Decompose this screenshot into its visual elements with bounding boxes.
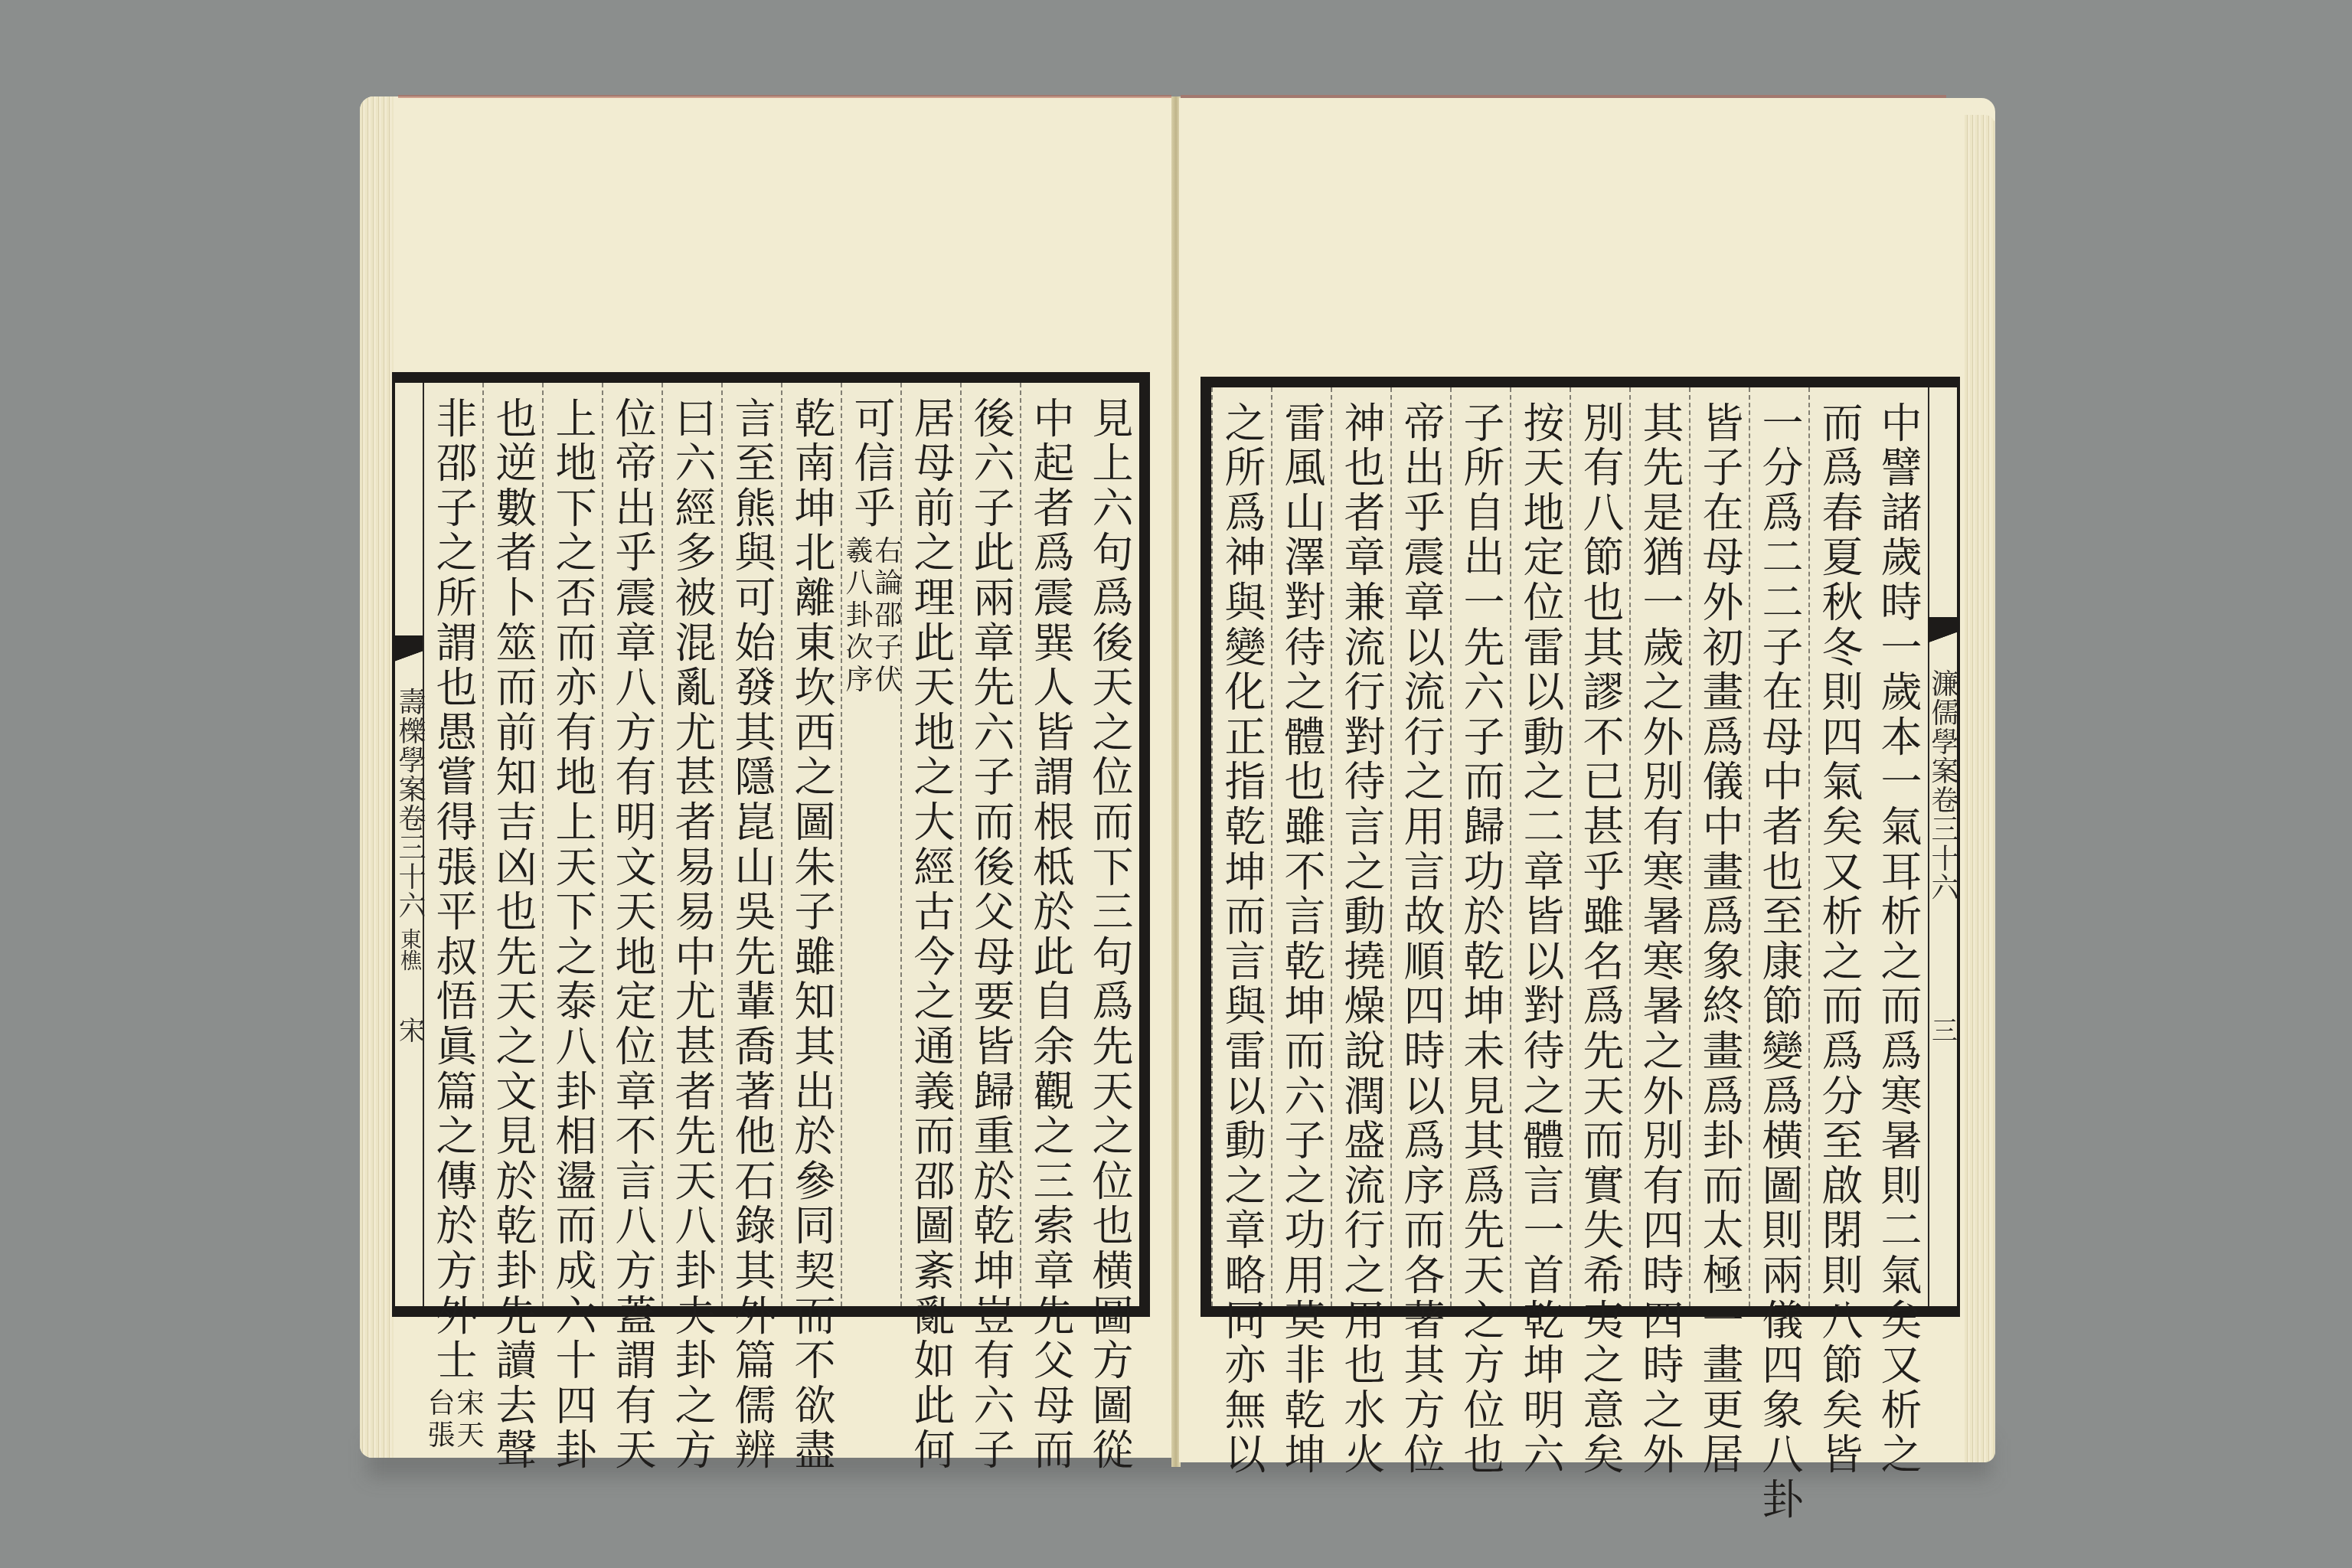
left-columns: 見上六句爲後天之位而下三句爲先天之位也横圖方圖從 中起者爲震巽人皆謂根柢於此自余… <box>424 383 1139 1306</box>
column-text: 言至熊與可始發其隱崑山吳先輩喬著他石錄其外篇儒辨 <box>722 397 782 1306</box>
note-line: 右論邵子伏 <box>871 536 900 697</box>
left-banxin: 壽櫟學案卷三十六 東樵 宋 <box>395 383 424 1306</box>
column-text: 可信乎 <box>841 397 901 531</box>
text-column: 而爲春夏秋冬則四氣矣又析之而爲分至啟閉則八節矣皆 <box>1808 387 1868 1306</box>
right-banxin-title: 濂儒學案卷三十六 <box>1928 669 1957 902</box>
column-text: 見上六句爲後天之位而下三句爲先天之位也横圖方圖從 <box>1080 397 1139 1306</box>
right-page-edge-stack <box>1965 115 1995 1462</box>
right-columns: 中譬諸歲時一歲本一氣耳析之而爲寒暑則二氣矣又析之 而爲春夏秋冬則四氣矣又析之而爲… <box>1211 387 1928 1306</box>
text-column: 別有八節也其謬不已甚乎雖名爲先天而實失希夷之意矣 <box>1570 387 1629 1306</box>
column-text: 按天地定位雷以動之二章皆以對待之體言一首乾坤明六 <box>1511 401 1570 1306</box>
column-text: 一分爲二二子在母中者也至康節變爲横圖則兩儀四象八卦 <box>1749 401 1809 1306</box>
text-column: 乾南坤北離東坎西之圖朱子雖知其出於參同契而不欲盡 <box>781 383 841 1306</box>
text-column: 之所爲神與變化正指乾坤而言與雷以動之章略同亦無以 <box>1211 387 1271 1306</box>
column-text: 雷風山澤對待之體也雖不言乾坤而六子之功用莫非乾坤 <box>1272 401 1331 1306</box>
column-text: 皆子在母外初畫爲儀中畫爲象終畫爲卦而太極一畫更居 <box>1690 401 1749 1306</box>
text-column: 一分爲二二子在母中者也至康節變爲横圖則兩儀四象八卦 <box>1749 387 1808 1306</box>
column-text: 其先是猶一歲之外別有寒暑寒暑之外別有四時四時之外 <box>1630 401 1690 1306</box>
text-column: 皆子在母外初畫爲儀中畫爲象終畫爲卦而太極一畫更居 <box>1689 387 1749 1306</box>
text-column: 非邵子之所謂也愚嘗得張平叔悟眞篇之傳於方外士 宋天 台張 <box>423 383 482 1306</box>
right-banxin-mark: 三 <box>1924 1017 1962 1043</box>
text-column: 上地下之否而亦有地上天下之泰八卦相盪而成六十四卦 <box>542 383 602 1306</box>
interlinear-note: 宋天 台張 <box>424 1388 482 1452</box>
column-text: 位帝出乎震章八方有明文天地定位章不言八方蓋謂有天 <box>603 397 662 1306</box>
text-column: 曰六經多被混亂尤甚者易易中尤甚者先天八卦夫卦之方 <box>661 383 721 1306</box>
text-column: 見上六句爲後天之位而下三句爲先天之位也横圖方圖從 <box>1080 383 1139 1306</box>
text-column: 子所自出一先六子而歸功於乾坤未見其爲先天之方位也 <box>1450 387 1510 1306</box>
text-column: 中起者爲震巽人皆謂根柢於此自余觀之三索章先父母而 <box>1020 383 1080 1306</box>
text-column: 其先是猶一歲之外別有寒暑寒暑之外別有四時四時之外 <box>1629 387 1689 1306</box>
left-text-frame: 壽櫟學案卷三十六 東樵 宋 見上六句爲後天之位而下三句爲先天之位也横圖方圖從 中… <box>392 372 1150 1317</box>
text-column: 雷風山澤對待之體也雖不言乾坤而六子之功用莫非乾坤 <box>1271 387 1331 1306</box>
note-line: 宋天 <box>453 1388 482 1452</box>
column-text: 中譬諸歲時一歲本一氣耳析之而爲寒暑則二氣矣又析之 <box>1868 401 1928 1306</box>
interlinear-note: 右論邵子伏 羲八卦次序 <box>842 536 900 697</box>
text-column: 也逆數者卜筮而前知吉凶也先天之文見於乾卦先讀去聲 <box>482 383 542 1306</box>
column-text: 也逆數者卜筮而前知吉凶也先天之文見於乾卦先讀去聲 <box>483 397 543 1306</box>
fish-tail-icon <box>395 635 424 681</box>
text-column: 神也者章兼流行對待言之動撓燥說潤盛流行之用也水火 <box>1331 387 1390 1306</box>
column-text: 非邵子之所謂也愚嘗得張平叔悟眞篇之傳於方外士 <box>423 397 483 1383</box>
right-banxin: 濂儒學案卷三十六 三 <box>1928 387 1957 1306</box>
fish-tail-icon <box>1928 617 1957 663</box>
text-column: 帝出乎震章以流行之用言故順四時以爲序而各著其方位 <box>1390 387 1450 1306</box>
text-column: 按天地定位雷以動之二章皆以對待之體言一首乾坤明六 <box>1510 387 1570 1306</box>
right-text-frame: 中譬諸歲時一歲本一氣耳析之而爲寒暑則二氣矣又析之 而爲春夏秋冬則四氣矣又析之而爲… <box>1200 377 1960 1317</box>
left-page-edge-stack <box>360 96 394 1458</box>
top-edge-tint <box>398 95 1171 98</box>
note-line: 羲八卦次序 <box>842 536 871 697</box>
text-column: 後六子此兩章先六子而後父母要皆歸重於乾坤豈有六子 <box>960 383 1020 1306</box>
column-text: 帝出乎震章以流行之用言故順四時以爲序而各著其方位 <box>1391 401 1451 1306</box>
text-column: 位帝出乎震章八方有明文天地定位章不言八方蓋謂有天 <box>602 383 661 1306</box>
text-column: 可信乎 右論邵子伏 羲八卦次序 <box>841 383 900 1306</box>
top-edge-tint <box>1181 95 1946 98</box>
column-text: 乾南坤北離東坎西之圖朱子雖知其出於參同契而不欲盡 <box>782 397 841 1306</box>
column-text: 別有八節也其謬不已甚乎雖名爲先天而實失希夷之意矣 <box>1570 401 1630 1306</box>
left-banxin-subtitle: 東樵 <box>394 928 425 971</box>
text-column: 居母前之理此天地之大經古今之通義而邵圖紊亂如此何 <box>900 383 960 1306</box>
column-text: 居母前之理此天地之大經古今之通義而邵圖紊亂如此何 <box>901 397 961 1306</box>
column-text: 子所自出一先六子而歸功於乾坤未見其爲先天之方位也 <box>1451 401 1511 1306</box>
left-banxin-title: 壽櫟學案卷三十六 <box>395 688 424 920</box>
note-line: 台張 <box>424 1388 453 1452</box>
column-text: 曰六經多被混亂尤甚者易易中尤甚者先天八卦夫卦之方 <box>662 397 722 1306</box>
column-text: 後六子此兩章先六子而後父母要皆歸重於乾坤豈有六子 <box>961 397 1021 1306</box>
column-text: 神也者章兼流行對待言之動撓燥說潤盛流行之用也水火 <box>1331 401 1391 1306</box>
text-column: 中譬諸歲時一歲本一氣耳析之而爲寒暑則二氣矣又析之 <box>1868 387 1928 1306</box>
column-text: 而爲春夏秋冬則四氣矣又析之而爲分至啟閉則八節矣皆 <box>1809 401 1869 1306</box>
column-text: 中起者爲震巽人皆謂根柢於此自余觀之三索章先父母而 <box>1021 397 1080 1306</box>
text-column: 言至熊與可始發其隱崑山吳先輩喬著他石錄其外篇儒辨 <box>721 383 781 1306</box>
column-text: 之所爲神與變化正指乾坤而言與雷以動之章略同亦無以 <box>1212 401 1272 1306</box>
column-text: 上地下之否而亦有地上天下之泰八卦相盪而成六十四卦 <box>543 397 603 1306</box>
